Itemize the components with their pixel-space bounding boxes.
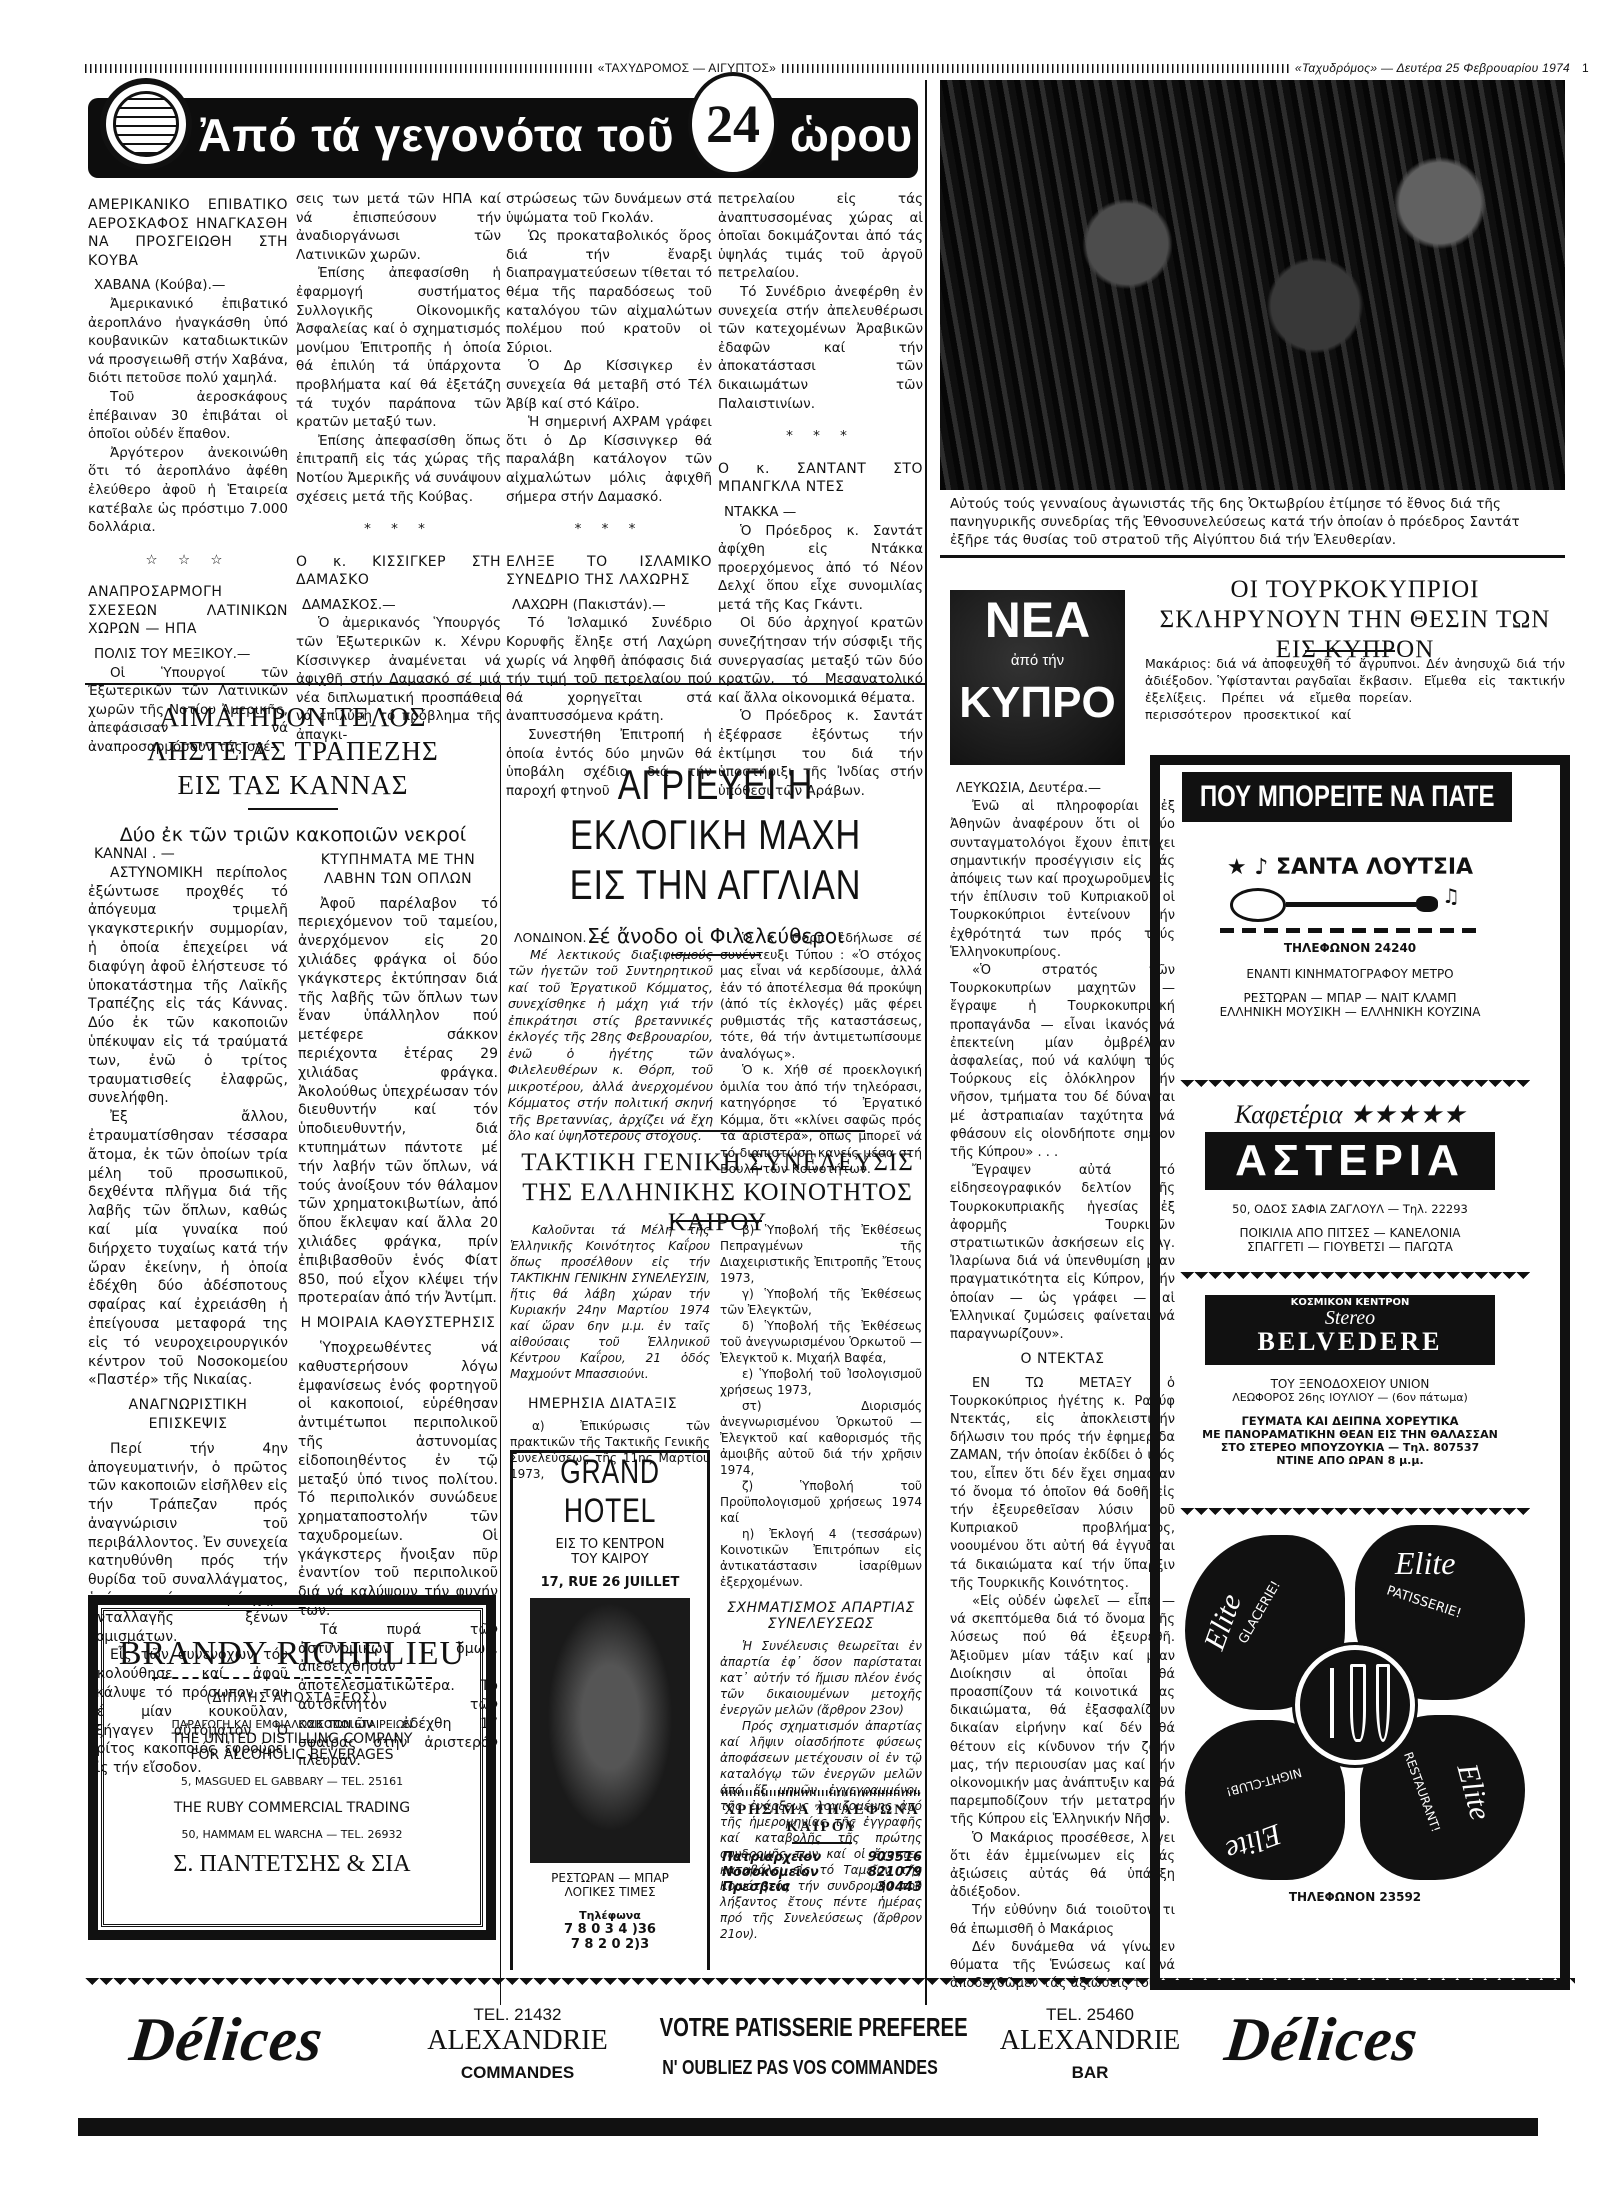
news-column-4: πετρελαίου εἰς τάς ἀναπτυσσομένας χώρας … — [718, 190, 923, 800]
ad-brand: GRAND HOTEL — [534, 1453, 685, 1531]
article-paragraph: Τοῦ ἀεροσκάφους ἐπέβαιναν 30 ἐπιβάται οἱ… — [88, 388, 288, 444]
election-column-1: ΛΟΝΔΙΝΟΝ. — Μέ λεκτικούς διαξιφισμούς τῶ… — [508, 930, 713, 1145]
news-column-3: στρώσεως τῶν δυνάμεων στά ὑψώματα τοῦ Γκ… — [506, 190, 712, 800]
phone-number: 30443 — [877, 1880, 922, 1895]
article-subheading: Ο ΝΤΕΚΤΑΣ — [950, 1350, 1175, 1368]
ad-line: ΜΕ ΠΑΝΟΡΑΜΑΤΙΚΗΝ ΘΕΑΝ ΕΙΣ ΤΗΝ ΘΑΛΑΣΣΑΝ — [1180, 1428, 1520, 1441]
ad-line: Τηλέφωνα — [513, 1909, 707, 1922]
elite-phone: ΤΗΛΕΦΩΝΟΝ 23592 — [1180, 1890, 1530, 1904]
article-paragraph: Τό Συνέδριο ἀνεφέρθη ἐν συνεχεία στήν ἀπ… — [718, 283, 923, 413]
masthead: «ΤΑΧΥΔΡΟΜΟΣ — ΑΙΓΥΠΤΟΣ» «Ταχυδρόμος» — Δ… — [85, 58, 1595, 78]
ad-phone: 7 8 0 3 4 )36 — [513, 1922, 707, 1937]
robbery-article: ΑΙΜΑΤΗΡΟΝ ΤΕΛΟΣ ΛΗΣΤΕΙΑΣ ΤΡΑΠΕΖΗΣ ΕΙΣ ΤΑ… — [88, 700, 498, 864]
zigzag-divider — [1180, 1080, 1530, 1088]
article-paragraph: σεις των μετά τῶν ΗΠΑ καί νά ἐπισπεύσουν… — [296, 190, 501, 264]
where-to-go-title-box: ΠΟΥ ΜΠΟΡΕΙΤΕ ΝΑ ΠΑΤΕ — [1182, 772, 1512, 822]
ad-line: ΛΕΩΦΟΡΟΣ 26ης ΙΟΥΛΙΟΥ — (6ον πάτωμα) — [1180, 1391, 1520, 1404]
logo-text: ἀπό τήν — [950, 650, 1125, 672]
article-subheading: Η ΜΟΙΡΑΙΑ ΚΑΘΥΣΤΕΡΗΣΙΣ — [298, 1314, 498, 1333]
delices-logo-right: Délices — [1221, 2005, 1421, 2076]
separator-stars: * * * — [506, 520, 712, 539]
ad-label: COMMANDES — [410, 2063, 625, 2083]
news-photo-soldiers — [940, 80, 1565, 490]
column-divider — [500, 685, 501, 2005]
rule — [1220, 928, 1480, 933]
news-from-cyprus-logo: ΝΕΑ ἀπό τήν ΚΥΠΡΟ — [950, 590, 1125, 765]
article-subhead: Δύο ἐκ τῶν τριῶν κακοποιῶν νεκροί — [88, 824, 498, 846]
article-paragraph: Οἱ δύο ἀρχηγοί κρατῶν συνεζήτησαν τήν σύ… — [718, 614, 923, 707]
agenda-item: γ) Ὑποβολή τῆς Ἐκθέσεως τῶν Ἐλεγκτῶν, — [720, 1286, 922, 1318]
ad-label: BAR — [985, 2063, 1195, 2083]
ad-line: ΣΠΑΓΓΕΤΙ — ΓΙΟΥΒΕΤΣΙ — ΠΑΓΩΤΑ — [1180, 1240, 1520, 1254]
article-headline: ΑΜΕΡΙΚΑΝΙΚΟ ΕΠΙΒΑΤΙΚΟ ΑΕΡΟΣΚΑΦΟΣ ΗΝΑΓΚΑΣ… — [88, 196, 288, 270]
dateline: ΛΕΥΚΩΣΙΑ, Δευτέρα.— — [950, 780, 1175, 798]
quorum-title: ΣΧΗΜΑΤΙΣΜΟΣ ΑΠΑΡΤΙΑΣ ΣΥΝΕΛΕΥΣΕΩΣ — [720, 1600, 922, 1632]
fork-glass-icon — [1295, 1645, 1415, 1765]
ad-line: FOR ALCOHOLIC BEVERAGES — [98, 1747, 486, 1763]
agenda-item: ζ) Ὑποβολή τοῦ Προϋπολογισμοῦ χρήσεως 19… — [720, 1478, 922, 1526]
ad-brand: BELVEDERE — [1205, 1328, 1495, 1356]
asteria-ad: Καφετέρια ★★★★★ ΑΣΤΕΡΙΑ 50, ΟΔΟΣ ΣΑΦΙΑ Ζ… — [1180, 1100, 1520, 1254]
phone-name: Πατριαρχεῖον — [722, 1850, 821, 1865]
article-headline: ΑΝΑΠΡΟΣΑΡΜΟΓΗ ΣΧΕΣΕΩΝ ΛΑΤΙΝΙΚΩΝ ΧΩΡΩΝ — … — [88, 583, 288, 639]
masthead-rule — [85, 64, 592, 73]
ad-dealer: Σ. ΠΑΝΤΕΤΣΗΣ & ΣΙΑ — [98, 1851, 486, 1878]
page-number: 1 — [1576, 61, 1595, 75]
section-banner-suffix: ὡρου — [790, 108, 912, 162]
ad-logo-box: ΚΟΣΜΙΚΟΝ ΚΕΝΤΡΟΝ Stereo BELVEDERE — [1205, 1295, 1495, 1365]
elite-label: Elite — [1395, 1545, 1455, 1582]
cyprus-lede: Μακάριος: διά νά ἀποφευχθῆ τό ἀδιέξοδον.… — [1145, 655, 1565, 723]
agenda-item: β) Ὑποβολή τῆς Ἐκθέσεως Πεπραγμένων τῆς … — [720, 1222, 922, 1286]
notice-paragraph: Ἡ Συνέλευσις θεωρεῖται ἐν ἀπαρτία ἐφ᾽ ὅσ… — [720, 1638, 922, 1718]
phone-number: 903516 — [868, 1850, 922, 1865]
rule — [152, 1677, 432, 1679]
delices-logo-left: Délices — [126, 2005, 326, 2076]
ad-brand: BRANDY RICHELIEU — [98, 1635, 486, 1673]
phone-number: 821079 — [868, 1865, 922, 1880]
article-paragraph: Ἡ σημερινή ΑΧΡΑΜ γράφει ὅτι ὁ Δρ Κίσσινγ… — [506, 413, 712, 506]
ad-phone: TEL. 21432 — [410, 2005, 625, 2025]
ad-address: 17, RUE 26 JUILLET — [513, 1575, 707, 1590]
article-headline: Ο κ. ΣΑΝΤΑΝΤ ΣΤΟ ΜΠΑΝΓΚΛΑ ΝΤΕΣ — [718, 460, 923, 497]
ad-subtitle: (ΔΙΠΛΗΣ ΑΠΟΣΤΑΞΕΩΣ) — [98, 1691, 486, 1706]
dateline: ΛΟΝΔΙΝΟΝ. — — [508, 930, 713, 947]
ad-address: 5, MASGUED EL GABBARY — TEL. 25161 — [98, 1775, 486, 1788]
phone-row: Νοσοκομεῖον821079 — [722, 1865, 922, 1880]
ad-phone: ΤΗΛΕΦΩΝΟΝ 24240 — [1180, 941, 1520, 955]
brandy-richelieu-ad: BRANDY RICHELIEU (ΔΙΠΛΗΣ ΑΠΟΣΤΑΞΕΩΣ) ΠΑΡ… — [88, 1595, 496, 1940]
article-paragraph: Ὑποχρεωθέντες νά καθυστερήσουν λόγω ἐμφα… — [298, 1339, 498, 1621]
ad-address: 50, HAMMAM EL WARCHA — TEL. 26932 — [98, 1828, 486, 1841]
mandolin-icon: ♫ — [1230, 884, 1470, 924]
article-paragraph: Δέν δυνάμεθα νά γίνωμεν θύματα τῆς Ἑνώσε… — [950, 1939, 1175, 1994]
article-headline: Ο κ. ΚΙΣΣΙΓΚΕΡ ΣΤΗ ΔΑΜΑΣΚΟ — [296, 553, 501, 590]
ad-kicker: Καφετέρια ★★★★★ — [1180, 1100, 1520, 1130]
article-paragraph: στρώσεως τῶν δυνάμεων στά ὑψώματα τοῦ Γκ… — [506, 190, 712, 227]
phone-row: Πατριαρχεῖον903516 — [722, 1850, 922, 1865]
ad-city: ALEXANDRIE — [410, 2025, 625, 2057]
useful-phones-box: ΧΡΗΣΙΜΑ ΤΗΛΕΦΩΝΑ ΚΑΙΡΟΥ Πατριαρχεῖον9035… — [722, 1790, 922, 1895]
rule — [792, 1842, 852, 1844]
zigzag-divider — [1180, 1272, 1530, 1280]
zigzag-divider — [1180, 1508, 1530, 1516]
ad-phone: 7 8 2 0 2)3 — [513, 1937, 707, 1952]
ad-line: ΕΛΛΗΝΙΚΗ ΜΟΥΣΙΚΗ — ΕΛΛΗΝΙΚΗ ΚΟΥΖΙΝΑ — [1180, 1005, 1520, 1019]
agenda-item: ε) Ὑποβολή τοῦ Ἰσολογισμοῦ χρήσεως 1973, — [720, 1366, 922, 1398]
ad-address: 50, ΟΔΟΣ ΣΑΦΙΑ ΖΑΓΛΟΥΛ — Τηλ. 22293 — [1180, 1202, 1520, 1216]
article-subheading: ΑΝΑΓΝΩΡΙΣΤΙΚΗ ΕΠΙΣΚΕΨΙΣ — [88, 1396, 288, 1434]
agenda-title: ΗΜΕΡΗΣΙΑ ΔΙΑΤΑΞΙΣ — [510, 1396, 710, 1412]
article-headline: ΑΙΜΑΤΗΡΟΝ ΤΕΛΟΣ ΛΗΣΤΕΙΑΣ ΤΡΑΠΕΖΗΣ ΕΙΣ ΤΑ… — [88, 700, 498, 802]
ad-phone: TEL. 25460 — [985, 2005, 1195, 2025]
logo-text: ΚΥΠΡΟ — [950, 672, 1125, 734]
article-paragraph: Ὁ Δρ Κίσσιγκερ ἐν συνεχεία θά μεταβῆ στό… — [506, 357, 712, 413]
globe-icon — [100, 78, 192, 170]
article-paragraph: Τό Ἰσλαμικό Συνέδριο Κορυφῆς ἔληξε στή Λ… — [506, 614, 712, 726]
article-paragraph: Ἀργότερον ἀνεκοινώθη ὅτι τό ἀεροπλάνο ἀφ… — [88, 444, 288, 537]
ad-line: ΕΝΑΝΤΙ ΚΙΝΗΜΑΤΟΓΡΑΦΟΥ ΜΕΤΡΟ — [1180, 967, 1520, 981]
article-paragraph: Ἔγραψεν αὐτά τό εἰδησεογραφικόν δελτίον … — [950, 1162, 1175, 1344]
delices-left-info: TEL. 21432 ALEXANDRIE COMMANDES — [410, 2005, 625, 2083]
elite-ad: Elite PATISSERIE! Elite GLACERIE! Elite … — [1185, 1525, 1525, 1885]
community-column-1: Καλοῦνται τά Μέλη τῆς Ἑλληνικῆς Κοινότητ… — [510, 1222, 710, 1482]
article-paragraph: «Ὁ στρατός τῶν Τουρκοκυπρίων μαχητῶν — ἔ… — [950, 962, 1175, 1162]
dateline: ΔΑΜΑΣΚΟΣ.— — [296, 596, 501, 615]
ad-city: ALEXANDRIE — [985, 2025, 1195, 2057]
news-column-1: ΑΜΕΡΙΚΑΝΙΚΟ ΕΠΙΒΑΤΙΚΟ ΑΕΡΟΣΚΑΦΟΣ ΗΝΑΓΚΑΣ… — [88, 190, 288, 757]
news-column-2: σεις των μετά τῶν ΗΠΑ καί νά ἐπισπεύσουν… — [296, 190, 501, 745]
rule — [248, 808, 338, 810]
article-paragraph: ΑΣΤΥΝΟΜΙΚΗ περίπολος ἐξώντωσε προχθές τό… — [88, 864, 288, 1108]
ad-line: ΕΙΣ ΤΟ ΚΕΝΤΡΟΝ — [513, 1537, 707, 1552]
article-paragraph: Ἀφοῦ παρέλαβον τό περιεχόμενον τοῦ ταμεί… — [298, 895, 498, 1309]
article-paragraph: Ἀμερικανικό ἐπιβατικό ἀεροπλάνο ἠναγκάσθ… — [88, 295, 288, 388]
masthead-rule — [782, 64, 1289, 73]
article-paragraph: Ἐπίσης ἀπεφασίσθη ὅπως ἐπιτραπῆ εἰς τάς … — [296, 432, 501, 506]
ad-slogan: VOTRE PATISSERIE PREFEREE — [660, 2012, 941, 2043]
dateline: ΠΟΛΙΣ ΤΟΥ ΜΕΞΙΚΟΥ.— — [88, 645, 288, 664]
article-paragraph: Τήν εὐθύνην διά τοιοῦτον τι θά ἐπωμισθῆ … — [950, 1902, 1175, 1938]
rule — [1305, 650, 1395, 652]
masthead-date: «Ταχυδρόμος» — Δευτέρα 25 Φεβρουαρίου 19… — [1289, 61, 1576, 75]
photo-caption: Αὐτούς τούς γενναίους ἀγωνιστάς τῆς 6ης … — [950, 495, 1560, 549]
notice-paragraph: Καλοῦνται τά Μέλη τῆς Ἑλληνικῆς Κοινότητ… — [510, 1222, 710, 1382]
grand-hotel-ad: GRAND HOTEL ΕΙΣ ΤΟ ΚΕΝΤΡΟΝ ΤΟΥ ΚΑΙΡΟΥ 17… — [510, 1450, 710, 1970]
phone-row: Πρεσβεία30443 — [722, 1880, 922, 1895]
article-subheading: ΚΤΥΠΗΜΑΤΑ ΜΕ ΤΗΝ ΛΑΒΗΝ ΤΩΝ ΟΠΛΩΝ — [298, 851, 498, 889]
article-paragraph: Ἐξ ἄλλου, ἐτραυματίσθησαν τέσσαρα ἄτομα,… — [88, 1108, 288, 1390]
ad-kicker-text: Καφετέρια — [1235, 1100, 1343, 1129]
article-paragraph: ΕΝ ΤΩ ΜΕΤΑΞΥ ὁ Τουρκοκύπριος ἡγέτης κ. Ρ… — [950, 1375, 1175, 1593]
ad-brand: ΑΣΤΕΡΙΑ — [1205, 1132, 1495, 1190]
article-paragraph: Ὁ Μακάριος προσέθεσε, λέγει ὅτι ἐάν ἐμμε… — [950, 1830, 1175, 1903]
ad-line: ΝΤΙΝΕ ΑΠΟ ΩΡΑΝ 8 μ.μ. — [1180, 1454, 1520, 1467]
separator-stars: * * * — [296, 520, 501, 539]
ad-line: ΛΟΓΙΚΕΣ ΤΙΜΕΣ — [513, 1885, 707, 1899]
delices-right-info: TEL. 25460 ALEXANDRIE BAR — [985, 2005, 1195, 2083]
ad-line: THE RUBY COMMERCIAL TRADING — [98, 1800, 486, 1816]
rule — [722, 1790, 922, 1796]
phone-name: Νοσοκομεῖον — [722, 1865, 819, 1880]
dateline: ΝΤΑΚΚΑ — — [718, 503, 923, 522]
agenda-item: δ) Ὑποβολή τῆς Ἐκθέσεως τοῦ ἀνεγνωρισμέν… — [720, 1318, 922, 1366]
article-paragraph: «Εἰς οὐδέν ὠφελεῖ — εἶπε — νά σκεπτόμεθα… — [950, 1593, 1175, 1830]
article-headline: ΑΓΡΙΕΥΕΙ Η ΕΚΛΟΓΙΚΗ ΜΑΧΗ ΕΙΣ ΤΗΝ ΑΓΓΛΙΑΝ — [545, 760, 885, 910]
article-paragraph: Ὡς προκαταβολικός ὅρος διά τήν ἔναρξι δι… — [506, 227, 712, 357]
ad-line: THE UNITED DISTILLING COMPANY — [98, 1731, 486, 1747]
logo-text: ΝΕΑ — [950, 590, 1125, 650]
agenda-item: στ) Διορισμός ἀνεγνωρισμένου Ὁρκωτοῦ — Ἐ… — [720, 1398, 922, 1478]
useful-phones-title: ΧΡΗΣΙΜΑ ΤΗΛΕΦΩΝΑ ΚΑΙΡΟΥ — [722, 1802, 922, 1836]
ad-brand: Stereo — [1205, 1308, 1495, 1328]
zigzag-footer — [78, 2118, 1538, 2136]
separator-stars: ☆ ☆ ☆ — [88, 551, 288, 570]
belvedere-ad: ΚΟΣΜΙΚΟΝ ΚΕΝΤΡΟΝ Stereo BELVEDERE ΤΟΥ ΞΕ… — [1180, 1295, 1520, 1467]
star-icon: ★ ♪ — [1227, 855, 1276, 880]
section-banner-title: Ἀπό τά γεγονότα τοῦ — [198, 108, 675, 162]
where-to-go-title: ΠΟΥ ΜΠΟΡΕΙΤΕ ΝΑ ΠΑΤΕ — [1200, 780, 1495, 814]
ad-line: ΤΟΥ ΞΕΝΟΔΟΧΕΙΟΥ UNION — [1180, 1377, 1520, 1391]
santa-lucia-ad: ★ ♪ ΣΑΝΤΑ ΛΟΥΤΣΙΑ ♫ ΤΗΛΕΦΩΝΟΝ 24240 ΕΝΑΝ… — [1180, 855, 1520, 1019]
phone-name: Πρεσβεία — [722, 1880, 790, 1895]
masthead-title: «ΤΑΧΥΔΡΟΜΟΣ — ΑΙΓΥΠΤΟΣ» — [592, 61, 782, 75]
ad-line: ΤΟΥ ΚΑΙΡΟΥ — [513, 1552, 707, 1567]
ad-line: ΠΑΡΑΓΩΓΗ ΚΑΙ ΕΜΦΙΑΛΩΣΙΣ ΤΩΝ ΕΤΑΙΡΕΙΩΝ — [98, 1718, 486, 1731]
article-paragraph: Ἐνῶ αἱ πληροφορίαι ἐξ Ἀθηνῶν ἀναφέρουν ὅ… — [950, 798, 1175, 962]
agenda-item: η) Ἐκλογή 4 (τεσσάρων) Κοινοτικῶν Ἐπιτρό… — [720, 1526, 922, 1590]
ad-line: ΠΟΙΚΙΛΙΑ ΑΠΟ ΠΙΤΣΕΣ — ΚΑΝΕΛΟΝΙΑ — [1180, 1226, 1520, 1240]
article-paragraph: Ὁ Πρόεδρος κ. Σαντάτ ἀφίχθη εἰς Ντάκκα π… — [718, 522, 923, 615]
election-column-2: Ὁ κ. Θόρπ ἐδήλωσε σέ συνέντευξι Τύπου : … — [720, 930, 922, 1178]
ad-brand: ★ ♪ ΣΑΝΤΑ ΛΟΥΤΣΙΑ — [1180, 855, 1520, 880]
cyprus-column: ΛΕΥΚΩΣΙΑ, Δευτέρα.— Ἐνῶ αἱ πληροφορίαι ἐ… — [950, 780, 1175, 1993]
ad-line: ΡΕΣΤΩΡΑΝ — ΜΠΑΡ — [513, 1871, 707, 1885]
article-paragraph: Μέ λεκτικούς διαξιφισμούς τῶν ἡγετῶν τοῦ… — [508, 947, 713, 1145]
section-divider — [940, 555, 1565, 558]
article-headline: ΕΛΗΞΕ ΤΟ ΙΣΛΑΜΙΚΟ ΣΥΝΕΔΡΙΟ ΤΗΣ ΛΑΧΩΡΗΣ — [506, 553, 712, 590]
delices-center-info: VOTRE PATISSERIE PREFEREE N' OUBLIEZ PAS… — [620, 2012, 980, 2080]
ad-line: ΓΕΥΜΑΤΑ ΚΑΙ ΔΕΙΠΝΑ ΧΟΡΕΥΤΙΚΑ — [1180, 1414, 1520, 1428]
dateline: ΚΑΝΝΑΙ . — — [88, 845, 288, 864]
column-divider — [925, 80, 927, 2005]
dateline: ΧΑΒΑΝΑ (Κούβα).— — [88, 276, 288, 295]
ad-line: ΣΤΟ ΣΤΕΡΕΟ ΜΠΟΥΖΟΥΚΙΑ — Τηλ. 807537 — [1180, 1441, 1520, 1454]
article-paragraph: Ἐπίσης ἀπεφασίσθη ἡ ἐφαρμογή συστήματος … — [296, 264, 501, 431]
ad-slogan: N' OUBLIEZ PAS VOS COMMANDES — [656, 2057, 944, 2080]
section-divider — [585, 1130, 865, 1132]
ad-brand-name: ΣΑΝΤΑ ΛΟΥΤΣΙΑ — [1276, 855, 1473, 880]
separator-stars: * * * — [718, 427, 923, 446]
24-hour-badge: 24 — [688, 72, 778, 176]
dateline: ΛΑΧΩΡΗ (Πακιστάν).— — [506, 596, 712, 615]
ad-line: ΡΕΣΤΩΡΑΝ — ΜΠΑΡ — ΝΑΙΤ ΚΛΑΜΠ — [1180, 991, 1520, 1005]
article-paragraph: Ὁ κ. Θόρπ ἐδήλωσε σέ συνέντευξι Τύπου : … — [720, 930, 922, 1062]
article-paragraph: πετρελαίου εἰς τάς ἀναπτυσσομένας χώρας … — [718, 190, 923, 283]
hotel-photo — [530, 1598, 690, 1863]
